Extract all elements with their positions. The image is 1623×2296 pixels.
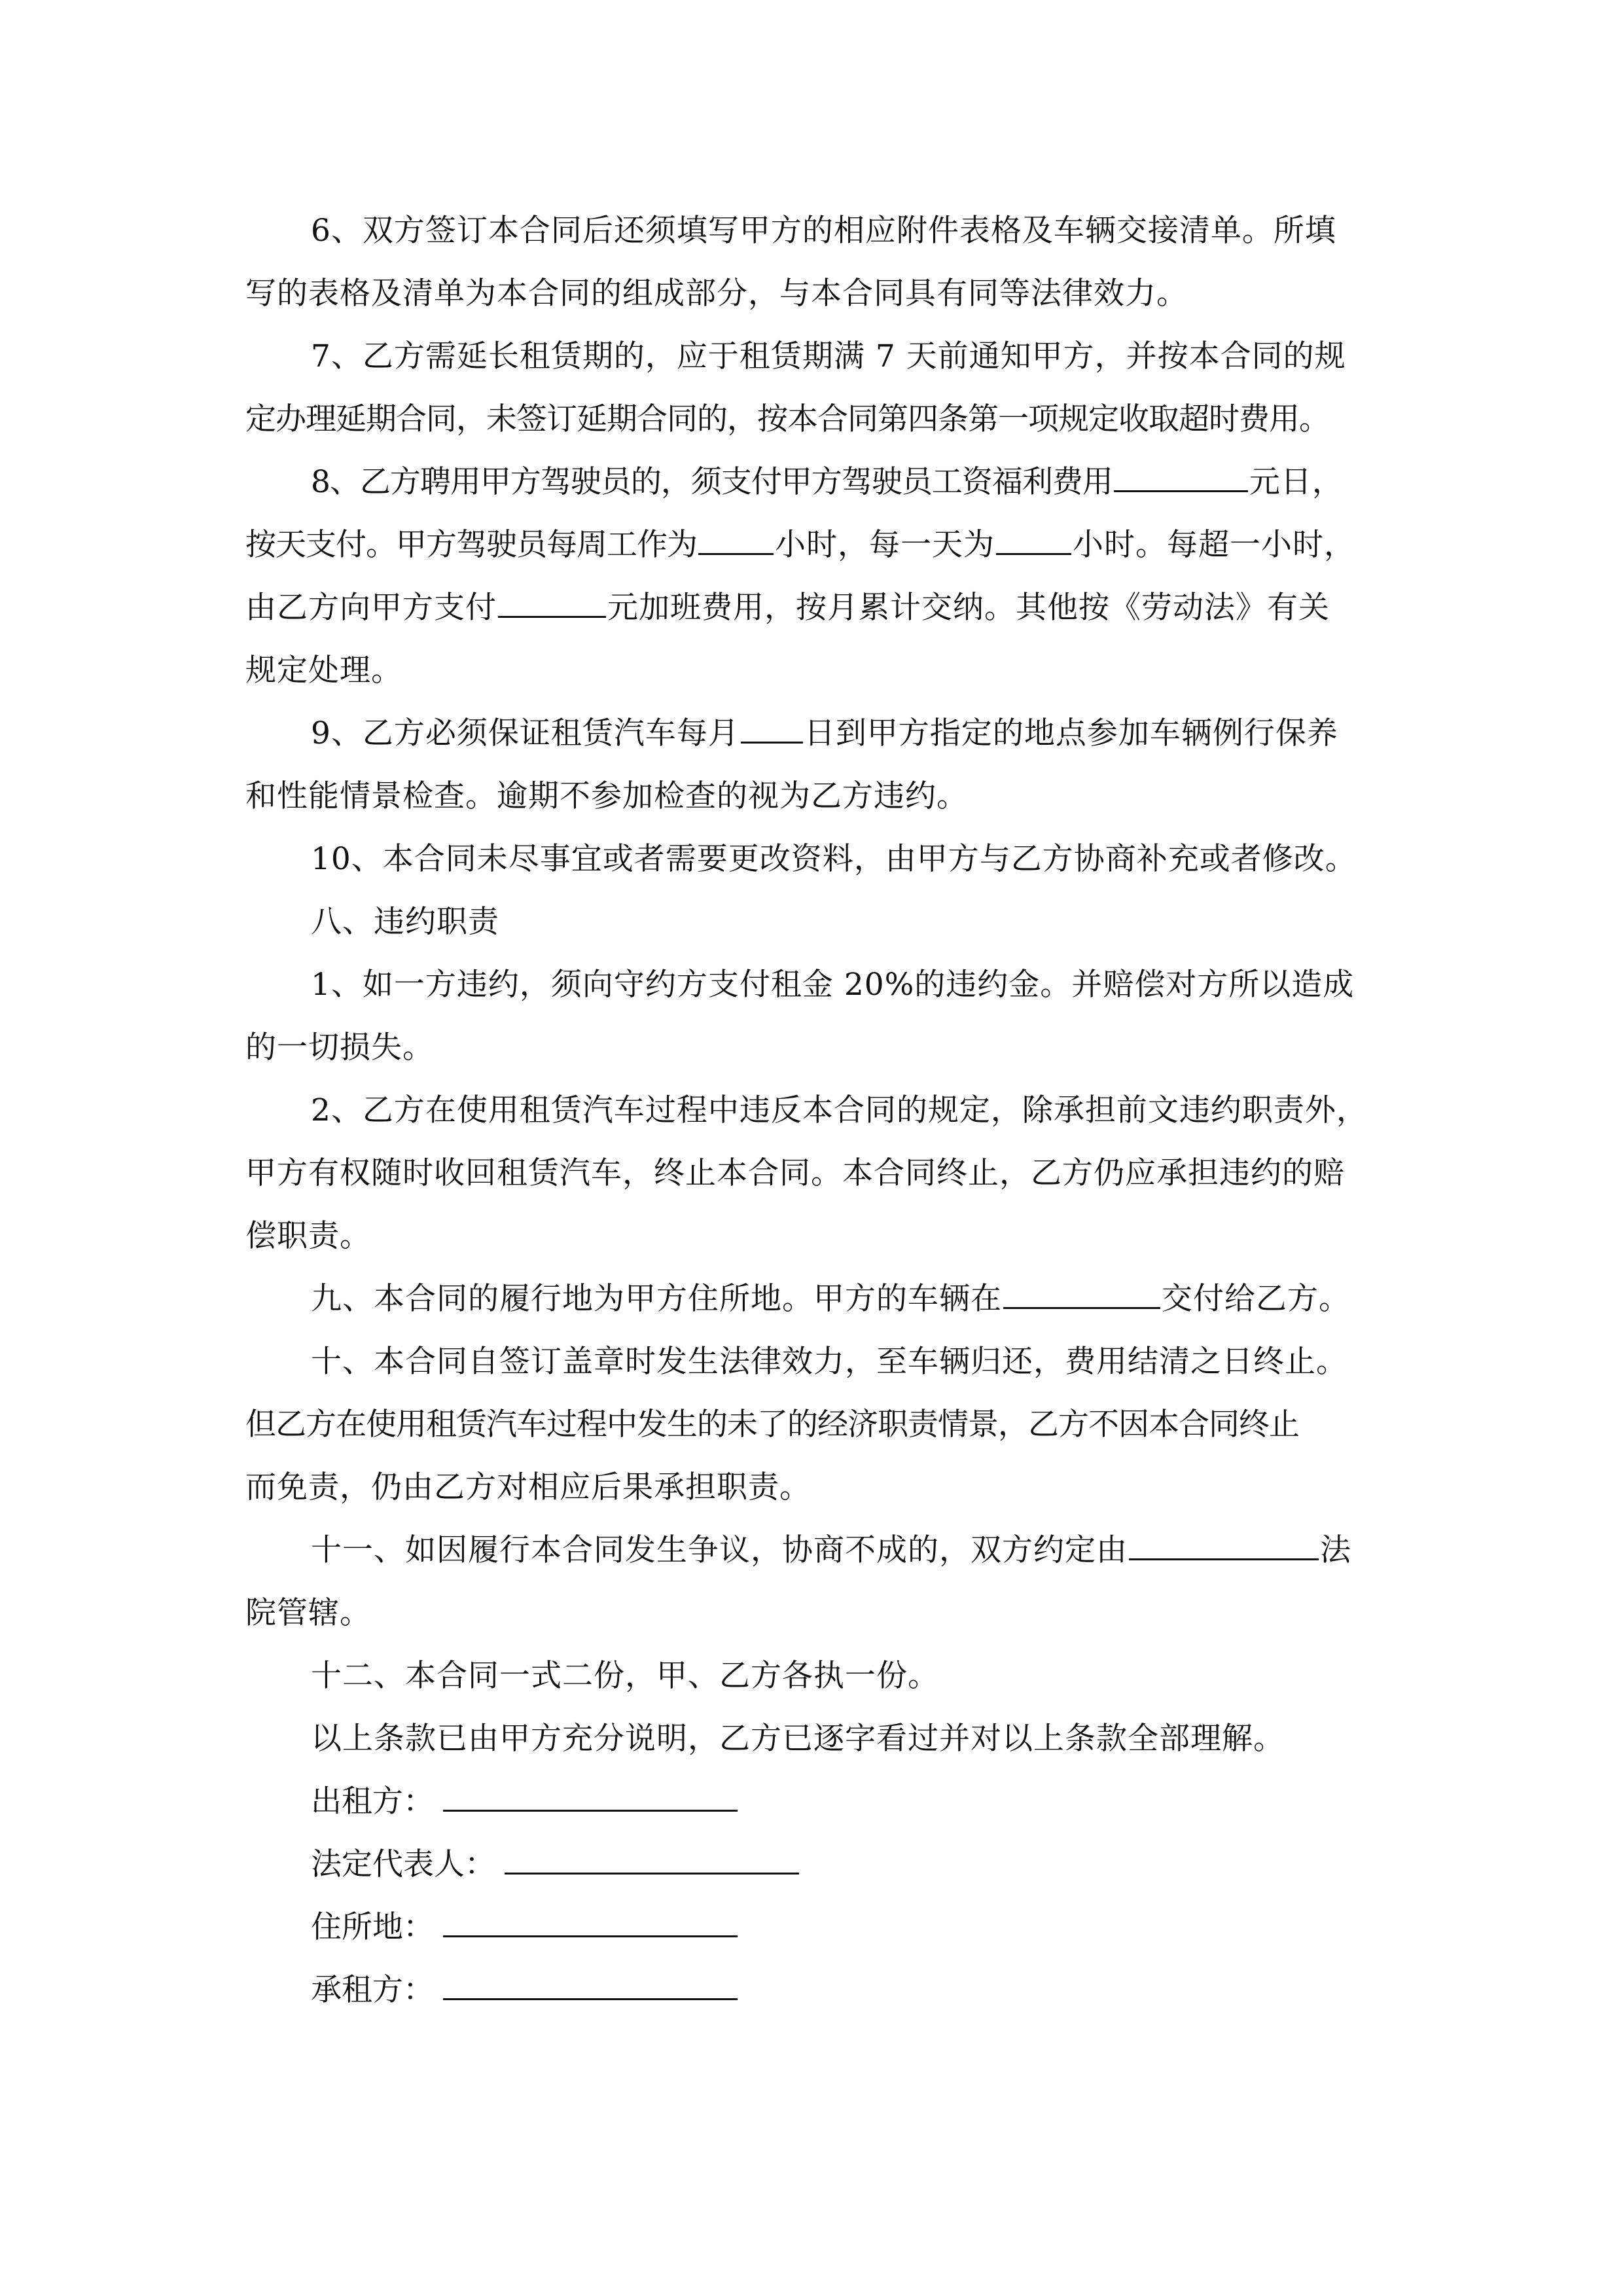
- signature-address: 住所地：: [245, 1896, 1397, 1959]
- section-10-line-1: 十、本合同自签订盖章时发生法律效力，至车辆归还，费用结清之日终止。: [245, 1331, 1397, 1393]
- clause-9-line-1: 9、乙方必须保证租赁汽车每月日到甲方指定的地点参加车辆例行保养: [245, 702, 1397, 765]
- clause-8-text-e: 小时。每超一小时，: [1073, 527, 1355, 563]
- section-8-item-1-line-2: 的一切损失。: [245, 1016, 1397, 1079]
- clause-9-text-a: 9、乙方必须保证租赁汽车每月: [311, 715, 740, 751]
- signature-lessor: 出租方：: [245, 1770, 1397, 1833]
- daily-wage-blank[interactable]: [1114, 464, 1248, 492]
- section-9-text-a: 九、本合同的履行地为甲方住所地。甲方的车辆在: [311, 1281, 1002, 1317]
- signature-legal-representative: 法定代表人：: [245, 1833, 1397, 1896]
- weekly-hours-blank[interactable]: [698, 527, 774, 555]
- section-11-line-2: 院管辖。: [245, 1582, 1397, 1645]
- clause-9-line-2: 和性能情景检查。逾期不参加检查的视为乙方违约。: [245, 765, 1397, 828]
- clause-8-text-f: 由乙方向甲方支付: [245, 590, 497, 626]
- clause-8-text-g: 元加班费用，按月累计交纳。其他按《劳动法》有关: [607, 590, 1330, 626]
- lessee-signature-field[interactable]: [443, 1972, 738, 2000]
- inspection-day-blank[interactable]: [741, 715, 803, 744]
- clause-6-line-2: 写的表格及清单为本合同的组成部分，与本合同具有同等法律效力。: [245, 262, 1397, 325]
- clause-7-line-1: 7、乙方需延长租赁期的，应于租赁期满 7 天前通知甲方，并按本合同的规: [245, 325, 1397, 388]
- signature-lessee: 承租方：: [245, 1959, 1397, 2022]
- clause-8-text-a: 8、乙方聘用甲方驾驶员的，须支付甲方驾驶员工资福利费用: [311, 464, 1113, 500]
- legal-representative-label: 法定代表人：: [311, 1846, 495, 1882]
- clause-8-text-b: 元日，: [1249, 464, 1344, 500]
- section-8-heading: 八、违约职责: [245, 891, 1397, 954]
- lessor-signature-field[interactable]: [443, 1784, 738, 1812]
- section-11-line-1: 十一、如因履行本合同发生争议，协商不成的，双方约定由法: [245, 1519, 1397, 1582]
- lessor-label: 出租方：: [311, 1784, 434, 1820]
- lessee-label: 承租方：: [311, 1972, 434, 2008]
- clause-8-line-4: 规定处理。: [245, 639, 1397, 702]
- overtime-fee-blank[interactable]: [498, 590, 606, 618]
- section-9-line-1: 九、本合同的履行地为甲方住所地。甲方的车辆在交付给乙方。: [245, 1268, 1397, 1331]
- clause-8-text-c: 按天支付。甲方驾驶员每周工作为: [245, 527, 697, 563]
- section-8-item-1-line-1: 1、如一方违约，须向守约方支付租金 20%的违约金。并赔偿对方所以造成: [245, 954, 1397, 1016]
- contract-page: 6、双方签订本合同后还须填写甲方的相应附件表格及车辆交接清单。所填 写的表格及清…: [245, 200, 1397, 2022]
- section-12-line-1: 十二、本合同一式二份，甲、乙方各执一份。: [245, 1645, 1397, 1708]
- delivery-location-blank[interactable]: [1003, 1281, 1160, 1309]
- legal-representative-signature-field[interactable]: [505, 1846, 799, 1874]
- section-10-line-2: 但乙方在使用租赁汽车过程中发生的未了的经济职责情景，乙方不因本合同终止: [245, 1393, 1397, 1456]
- address-label: 住所地：: [311, 1909, 434, 1945]
- clause-8-text-d: 小时，每一天为: [775, 527, 995, 563]
- section-8-item-2-line-3: 偿职责。: [245, 1205, 1397, 1268]
- section-11-text-b: 法: [1320, 1532, 1351, 1568]
- clause-8-line-1: 8、乙方聘用甲方驾驶员的，须支付甲方驾驶员工资福利费用元日，: [245, 451, 1397, 514]
- section-8-item-2-line-1: 2、乙方在使用租赁汽车过程中违反本合同的规定，除承担前文违约职责外，: [245, 1079, 1397, 1142]
- clause-6-line-1: 6、双方签订本合同后还须填写甲方的相应附件表格及车辆交接清单。所填: [245, 200, 1397, 262]
- clause-8-line-3: 由乙方向甲方支付元加班费用，按月累计交纳。其他按《劳动法》有关: [245, 577, 1397, 639]
- section-11-text-a: 十一、如因履行本合同发生争议，协商不成的，双方约定由: [311, 1532, 1128, 1568]
- clause-8-line-2: 按天支付。甲方驾驶员每周工作为小时，每一天为小时。每超一小时，: [245, 514, 1397, 577]
- acknowledgement: 以上条款已由甲方充分说明，乙方已逐字看过并对以上条款全部理解。: [245, 1708, 1397, 1770]
- clause-10-line-1: 10、本合同未尽事宜或者需要更改资料，由甲方与乙方协商补充或者修改。: [245, 828, 1397, 891]
- court-name-blank[interactable]: [1129, 1532, 1319, 1560]
- section-8-item-2-line-2: 甲方有权随时收回租赁汽车，终止本合同。本合同终止，乙方仍应承担违约的赔: [245, 1142, 1397, 1205]
- address-field[interactable]: [443, 1909, 738, 1937]
- section-10-line-3: 而免责，仍由乙方对相应后果承担职责。: [245, 1456, 1397, 1519]
- section-9-text-b: 交付给乙方。: [1162, 1281, 1350, 1317]
- clause-9-text-b: 日到甲方指定的地点参加车辆例行保养: [804, 715, 1338, 751]
- daily-hours-blank[interactable]: [996, 527, 1071, 555]
- clause-7-line-2: 定办理延期合同，未签订延期合同的，按本合同第四条第一项规定收取超时费用。: [245, 388, 1397, 451]
